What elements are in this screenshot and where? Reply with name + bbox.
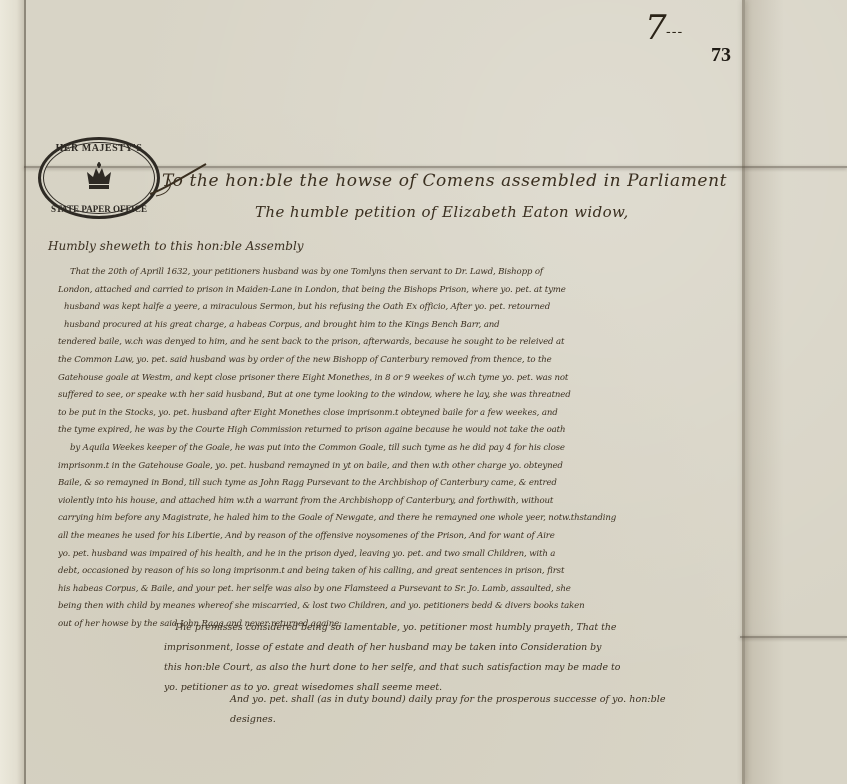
body-line: Baile, & so remayned in Bond, till such …	[58, 475, 738, 493]
fold-line-horizontal-lower	[740, 636, 847, 638]
body-line: by Aquila Weekes keeper of the Goale, he…	[58, 440, 738, 458]
body-line: debt, occasioned by reason of his so lon…	[58, 563, 738, 581]
petition-address: To the hon:ble the howse of Comens assem…	[162, 173, 727, 190]
body-line: tendered baile, w.ch was denyed to him, …	[58, 334, 738, 352]
body-line: violently into his house, and attached h…	[58, 493, 738, 511]
prayer-line: imprisonment, losse of estate and death …	[164, 638, 744, 658]
body-line: his habeas Corpus, & Baile, and your pet…	[58, 581, 738, 599]
petition-salutation: Humbly sheweth to this hon:ble Assembly	[48, 240, 304, 252]
petition-closing: And yo. pet. shall (as in duty bound) da…	[230, 690, 750, 730]
body-line: being then with child by meanes whereof …	[58, 598, 738, 616]
folio-number: 73	[711, 44, 731, 67]
scan-margin	[0, 0, 24, 784]
folio-mark-dash: ---	[666, 24, 683, 40]
body-line: the Common Law, yo. pet. said husband wa…	[58, 352, 738, 370]
stamp-bottom-text: STATE PAPER OFFICE	[41, 204, 157, 214]
body-line: Gatehouse goale at Westm, and kept close…	[58, 370, 738, 388]
state-paper-office-stamp: HER MAJESTY'S STATE PAPER OFFICE	[38, 137, 160, 219]
prayer-line: The premisses considered being so lament…	[164, 618, 744, 638]
body-line: suffered to see, or speake w.th her said…	[58, 387, 738, 405]
body-line: imprisonm.t in the Gatehouse Goale, yo. …	[58, 458, 738, 476]
body-line: husband was kept halfe a yeere, a miracu…	[58, 299, 738, 317]
paper-stain	[742, 0, 847, 784]
body-line: all the meanes he used for his Libertie,…	[58, 528, 738, 546]
body-line: carrying him before any Magistrate, he h…	[58, 510, 738, 528]
closing-line: designes.	[230, 710, 750, 730]
crown-icon	[83, 160, 115, 192]
body-line: the tyme expired, he was by the Courte H…	[58, 422, 738, 440]
petition-subtitle: The humble petition of Elizabeth Eaton w…	[255, 205, 629, 220]
body-line: That the 20th of Aprill 1632, your petit…	[58, 264, 738, 282]
body-line: to be put in the Stocks, yo. pet. husban…	[58, 405, 738, 423]
petition-body: That the 20th of Aprill 1632, your petit…	[58, 264, 738, 633]
stamp-top-text: HER MAJESTY'S	[41, 143, 157, 154]
body-line: husband procured at his great charge, a …	[58, 317, 738, 335]
petition-prayer: The premisses considered being so lament…	[164, 618, 744, 698]
body-line: London, attached and carried to prison i…	[58, 282, 738, 300]
closing-line: And yo. pet. shall (as in duty bound) da…	[230, 690, 750, 710]
prayer-line: this hon:ble Court, as also the hurt don…	[164, 658, 744, 678]
body-line: yo. pet. husband was impaired of his hea…	[58, 546, 738, 564]
folio-mark: 7	[645, 8, 667, 48]
